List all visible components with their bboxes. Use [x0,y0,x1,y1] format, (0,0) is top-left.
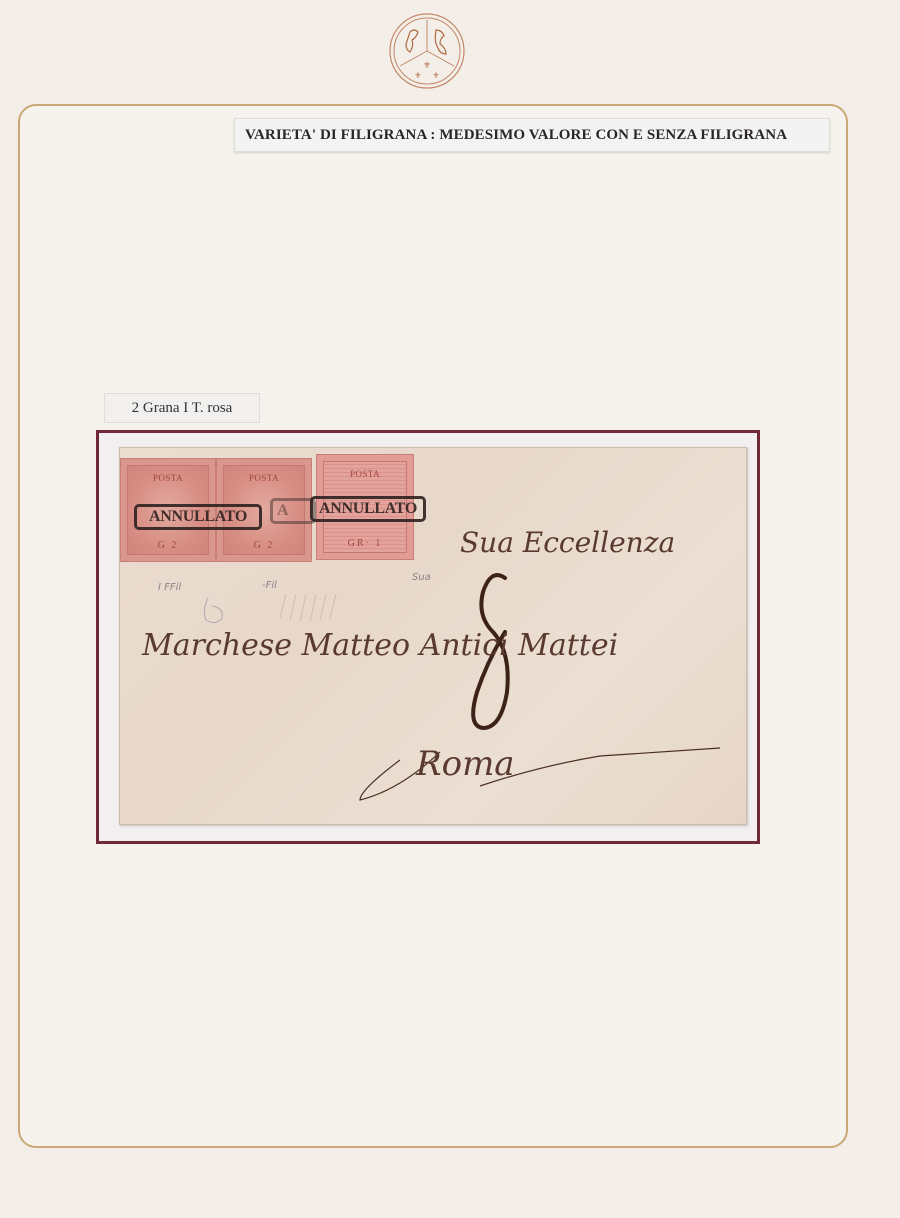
mount-matte: POSTA G 2 POSTA G 2 POSTA GR· 1 ANNULLAT… [99,433,757,841]
pencil-note-small: Sua [412,572,431,583]
cover-mount: POSTA G 2 POSTA G 2 POSTA GR· 1 ANNULLAT… [96,430,760,844]
address-line-2: Marchese Matteo Antici Mattei [142,628,618,663]
svg-text:⚜: ⚜ [423,60,431,70]
emblem-logo: ⚜ ⚜ ⚜ [388,12,466,90]
postal-cover: POSTA G 2 POSTA G 2 POSTA GR· 1 ANNULLAT… [119,447,747,825]
address-line-1: Sua Eccellenza [460,526,675,559]
svg-text:⚜: ⚜ [432,71,439,80]
page-title: VARIETA' DI FILIGRANA : MEDESIMO VALORE … [234,118,830,152]
exhibit-label: 2 Grana I T. rosa [104,393,260,423]
svg-text:⚜: ⚜ [414,71,421,80]
address-line-3: Roma [416,744,515,784]
horse-fleur-de-lis-emblem-icon: ⚜ ⚜ ⚜ [388,12,466,90]
